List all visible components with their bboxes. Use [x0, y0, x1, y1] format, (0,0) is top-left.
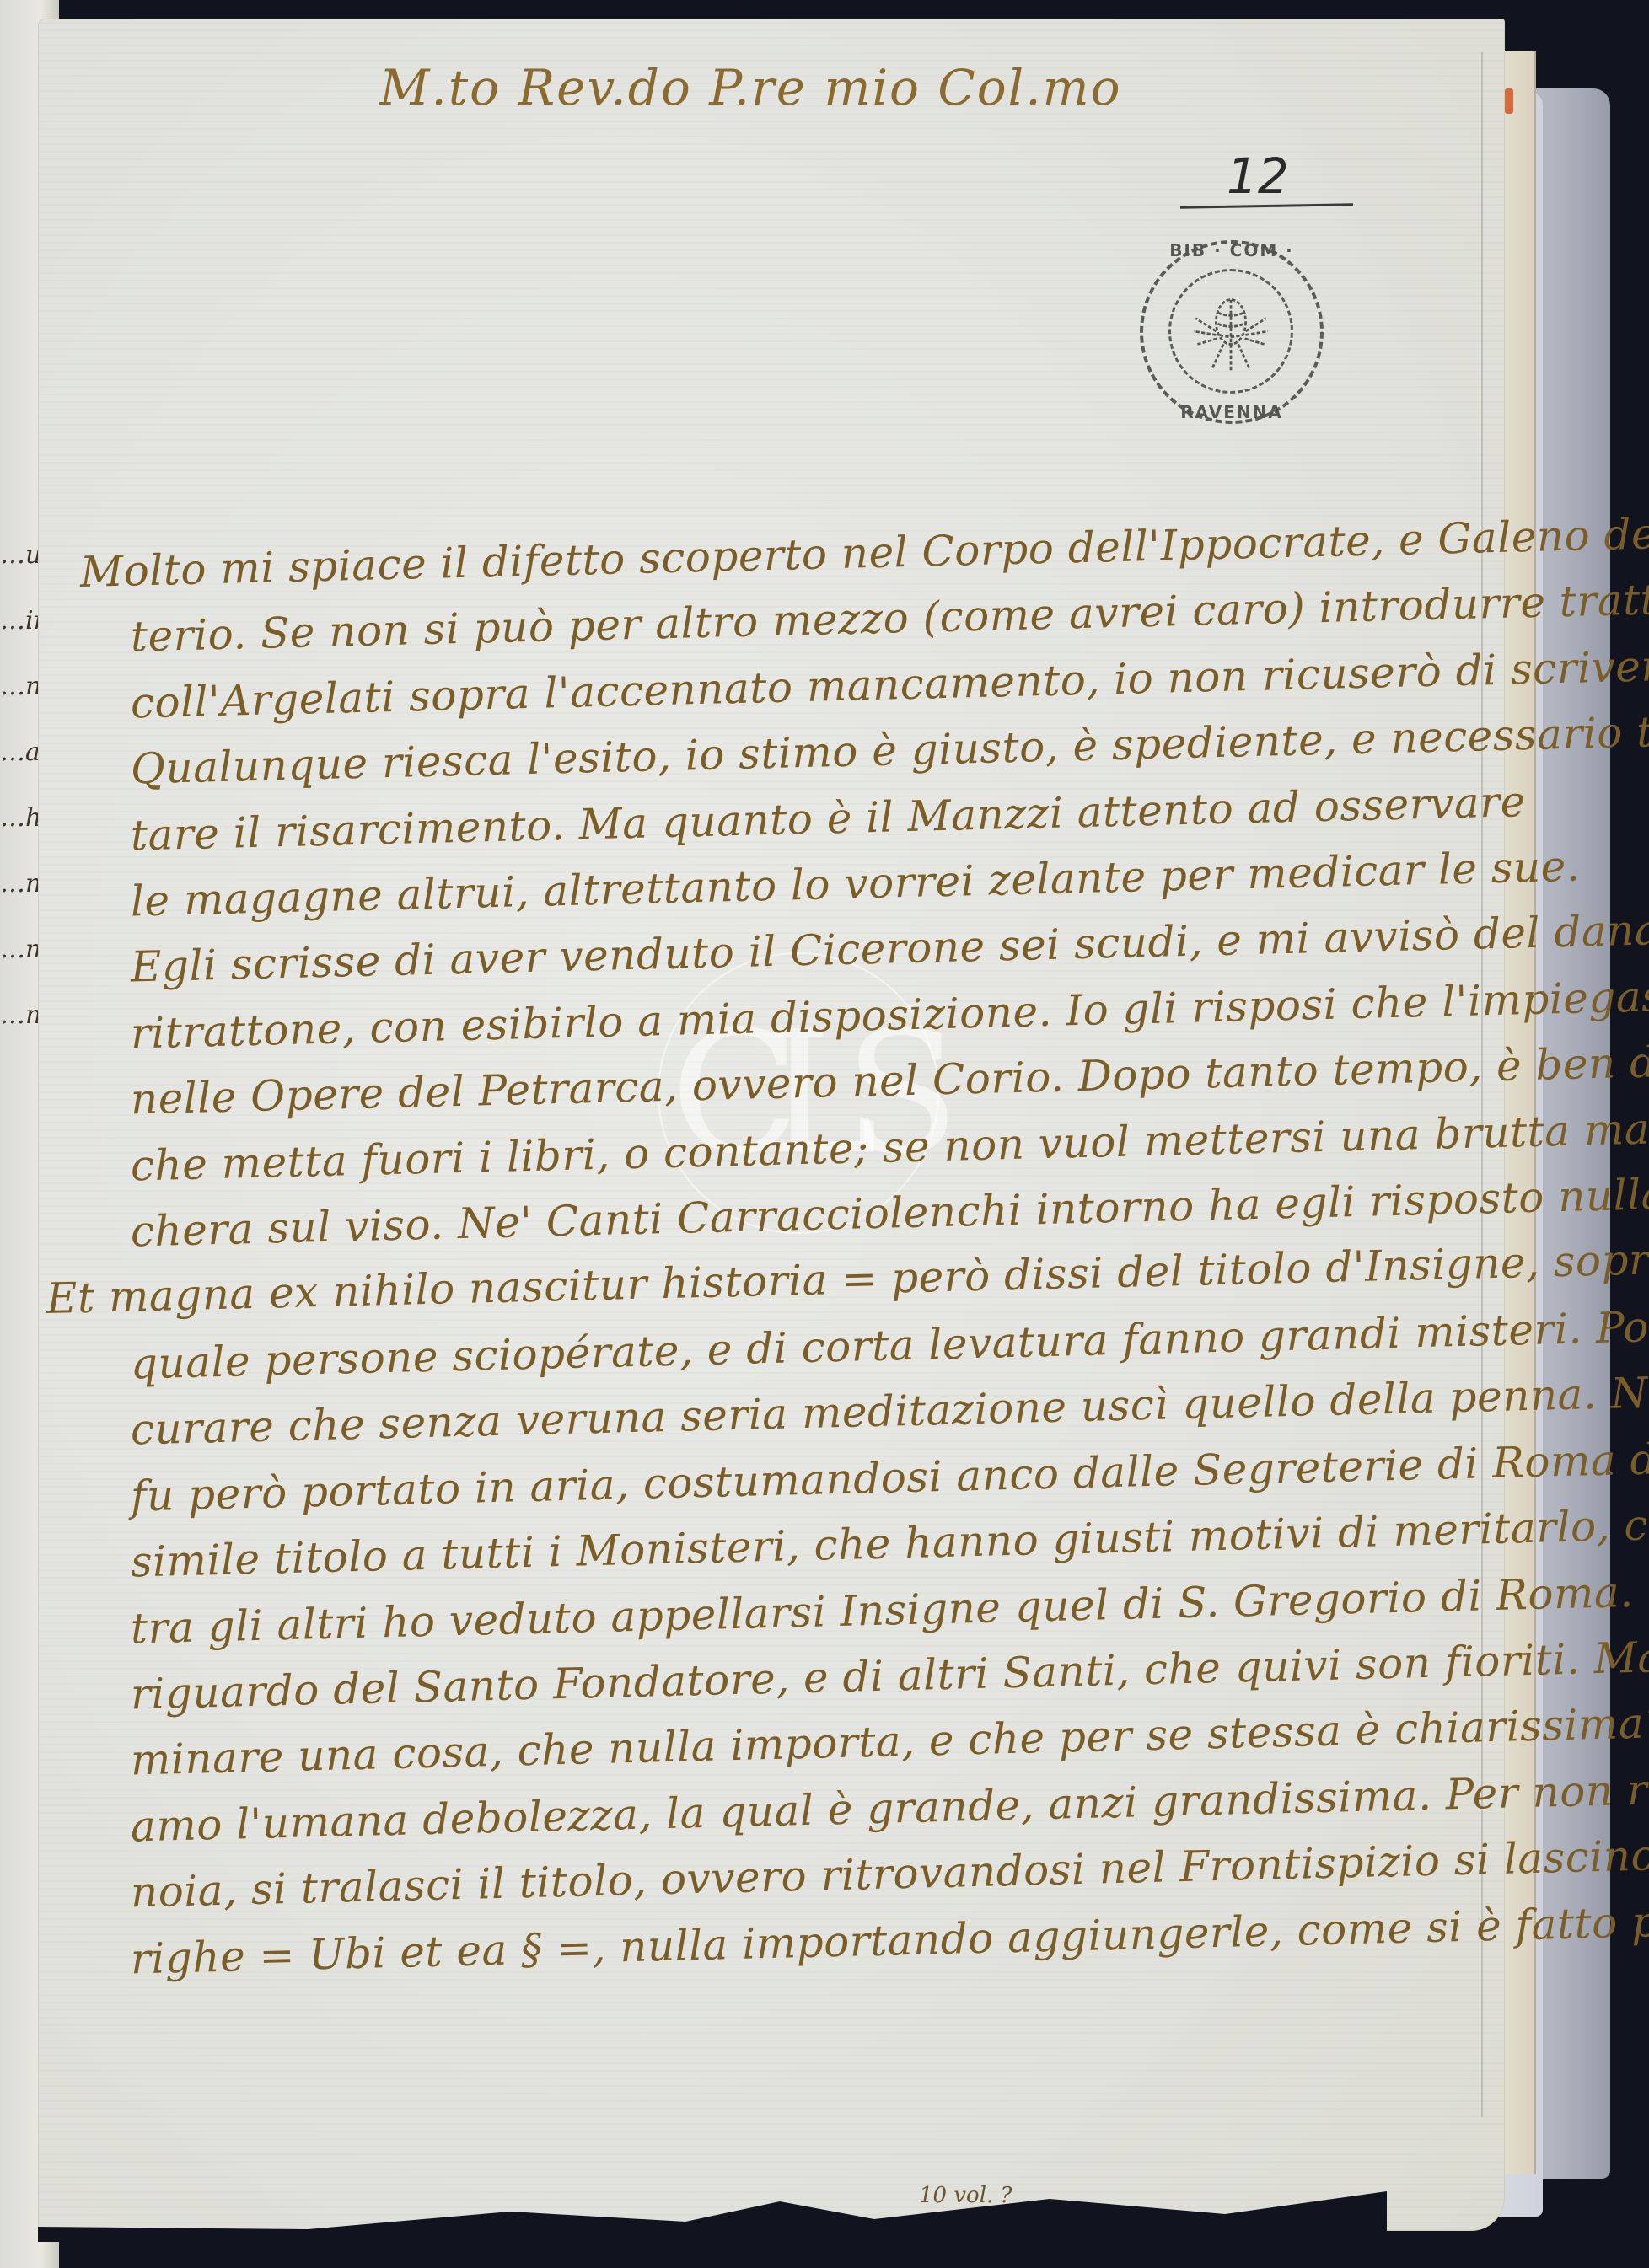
catchword: 10 vol. ?	[919, 2183, 1012, 2208]
rust-stain	[1505, 88, 1513, 114]
folio-number: 12	[1227, 147, 1289, 205]
library-stamp: BIB · COM · RAVENNA	[1140, 240, 1324, 424]
letter-body: Molto mi spiace il difetto scoperto nel …	[80, 539, 1530, 1993]
stamp-inner-ring	[1168, 269, 1293, 394]
stamp-bottom-text: RAVENNA	[1143, 402, 1320, 422]
stamp-top-text: BIB · COM ·	[1143, 240, 1320, 260]
salutation-heading: M.to Rev.do P.re mio Col.mo	[379, 59, 1122, 116]
pinecone-icon	[1184, 285, 1277, 378]
